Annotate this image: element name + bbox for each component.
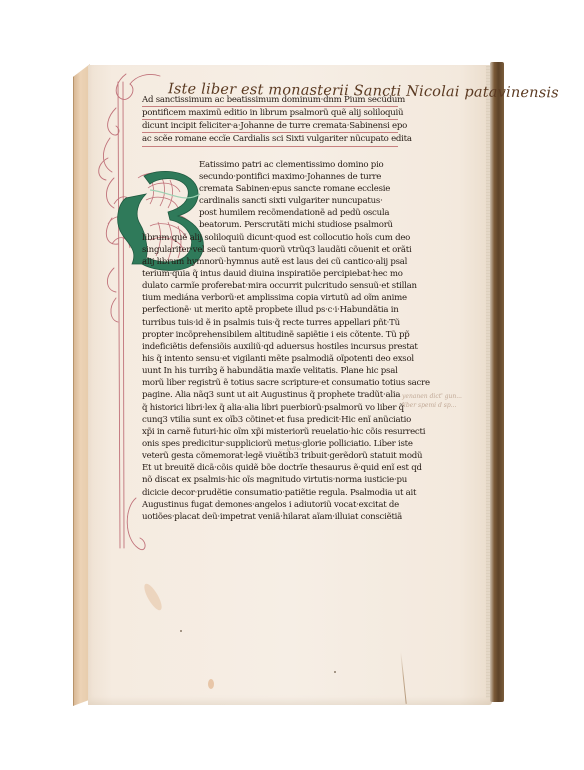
margin-note-line: yenanen dict' gun...	[402, 392, 482, 401]
body-line: uotiões·placat deũ·impetrat veniã·hilara…	[142, 511, 398, 523]
body-line: dulato carmĩe proferebat·mira occurrit p…	[142, 280, 398, 292]
body-line: morũ liber registrũ ẽ totius sacre scrip…	[142, 377, 398, 389]
heading-line: pontificem maximũ editio in librum psalm…	[142, 107, 398, 120]
body-line: perfectionẽ· ut merito aptẽ propbete ill…	[142, 304, 398, 316]
heading-line: ac scẽe romane eccĩe Cardialis sci Sixti…	[142, 133, 398, 146]
heading-line: Ad sanctissimum ac beatissimum dominum·d…	[142, 94, 398, 107]
body-line: uunt In his turribꝫ ẽ habundãtia maxĩe v…	[142, 365, 398, 377]
body-line: veterũ gesta cõmemorat·legẽ viuẽtib3 tri…	[142, 450, 398, 462]
body-line: alij librum hymnorũ·hymnus autẽ est laus…	[142, 256, 398, 268]
body-line: Augustinus fugat demones·angelos i adiut…	[142, 499, 398, 511]
margin-note-line: liber spemi d sp...	[402, 401, 482, 410]
body-line: propter incõprehensibilem altitudinẽ sap…	[142, 329, 398, 341]
body-line: terium·quia q̃ intus dauid diuina inspir…	[142, 268, 398, 280]
initial-line: cremata Sabinen·epus sancte romane eccle…	[142, 183, 398, 195]
speck	[180, 630, 182, 632]
initial-line: cardinalis sancti sixti vulgariter nuncu…	[142, 195, 398, 207]
heading-line: dicunt incipit feliciter·a·Johanne de tu…	[142, 120, 398, 133]
binding-fore-edge	[490, 62, 504, 702]
initial-line: beatorum. Perscrutãti michi studiose psa…	[142, 219, 398, 231]
body-line: singulariter·vel secũ tantum·quorũ vtrũq…	[142, 244, 398, 256]
body-line: xp̃i in carnẽ futuri·hic oĩm xp̃i mister…	[142, 426, 398, 438]
initial-line: Eatissimo patri ac clementissimo domino …	[142, 159, 398, 171]
body-line: turribus tuis·id ẽ in psalmis tuis·q̃ re…	[142, 317, 398, 329]
body-line: onis spes predicitur·suppliciorũ metus·g…	[142, 438, 398, 450]
printed-text-block: Ad sanctissimum ac beatissimum dominum·d…	[142, 94, 398, 523]
body-line: pagine. Alia nãq3 sunt ut ait Augustinus…	[142, 389, 398, 401]
foxing-stain	[208, 679, 214, 689]
spacer-line	[142, 147, 398, 159]
body-line: nõ discat ex psalmis·hic oĩs magnitudo v…	[142, 474, 398, 486]
speck	[334, 671, 336, 673]
body-line: his q̃ intento sensu·et vigilanti mẽte p…	[142, 353, 398, 365]
initial-line: post humilem recõmendationẽ ad pedũ oscu…	[142, 207, 398, 219]
body-line: tium mediána verborũ·et amplissima copia…	[142, 292, 398, 304]
body-line: librum·quẽ alij soliloquiũ dicunt·quod e…	[142, 232, 398, 244]
body-line: dicicie decor·prudẽtie consumatio·patiẽt…	[142, 487, 398, 499]
body-line: cunq3 vtilia sunt ex oĩb3 cõtinet·et fus…	[142, 414, 398, 426]
margin-note: yenanen dict' gun... liber spemi d sp...	[402, 392, 482, 410]
initial-line: secundo·pontifici maximo·Johannes de tur…	[142, 171, 398, 183]
body-line: Et ut breuitẽ dicã·cõis quidẽ bõe doctrĩ…	[142, 462, 398, 474]
body-line: q̃ historici libri·lex q̃ alia·alia libr…	[142, 402, 398, 414]
body-line: indeficiẽtis defensiõis auxiliũ·qd aduer…	[142, 341, 398, 353]
